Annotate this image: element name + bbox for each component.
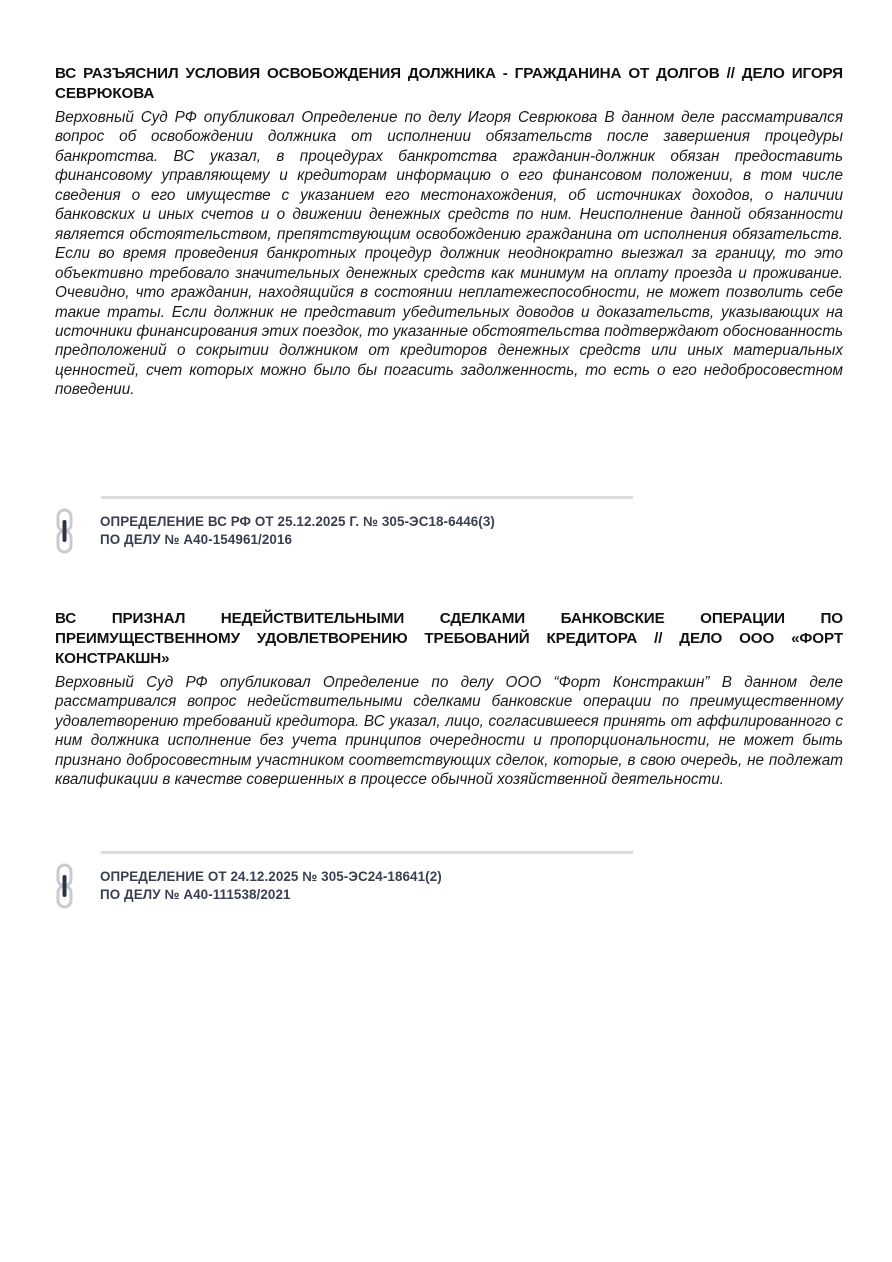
divider [101, 851, 633, 854]
reference-case-number[interactable]: ПО ДЕЛУ № А40-111538/2021 [100, 886, 442, 904]
news-body: Верховный Суд РФ опубликовал Определение… [55, 673, 843, 790]
reference-decision[interactable]: ОПРЕДЕЛЕНИЕ ОТ 24.12.2025 № 305-ЭС24-186… [100, 868, 442, 886]
link-icon [55, 508, 75, 554]
reference-case-number[interactable]: ПО ДЕЛУ № А40-154961/2016 [100, 531, 495, 549]
reference-decision[interactable]: ОПРЕДЕЛЕНИЕ ВС РФ ОТ 25.12.2025 Г. № 305… [100, 513, 495, 531]
news-body: Верховный Суд РФ опубликовал Определение… [55, 108, 843, 400]
divider [101, 496, 633, 499]
news-item: ВС ПРИЗНАЛ НЕДЕЙСТВИТЕЛЬНЫМИ СДЕЛКАМИ БА… [55, 609, 843, 790]
reference-link[interactable]: ОПРЕДЕЛЕНИЕ ВС РФ ОТ 25.12.2025 Г. № 305… [100, 513, 495, 548]
news-item: ВС РАЗЪЯСНИЛ УСЛОВИЯ ОСВОБОЖДЕНИЯ ДОЛЖНИ… [55, 64, 843, 400]
news-headline: ВС РАЗЪЯСНИЛ УСЛОВИЯ ОСВОБОЖДЕНИЯ ДОЛЖНИ… [55, 64, 843, 104]
link-icon [55, 863, 75, 909]
news-headline: ВС ПРИЗНАЛ НЕДЕЙСТВИТЕЛЬНЫМИ СДЕЛКАМИ БА… [55, 609, 843, 669]
reference-link[interactable]: ОПРЕДЕЛЕНИЕ ОТ 24.12.2025 № 305-ЭС24-186… [100, 868, 442, 903]
